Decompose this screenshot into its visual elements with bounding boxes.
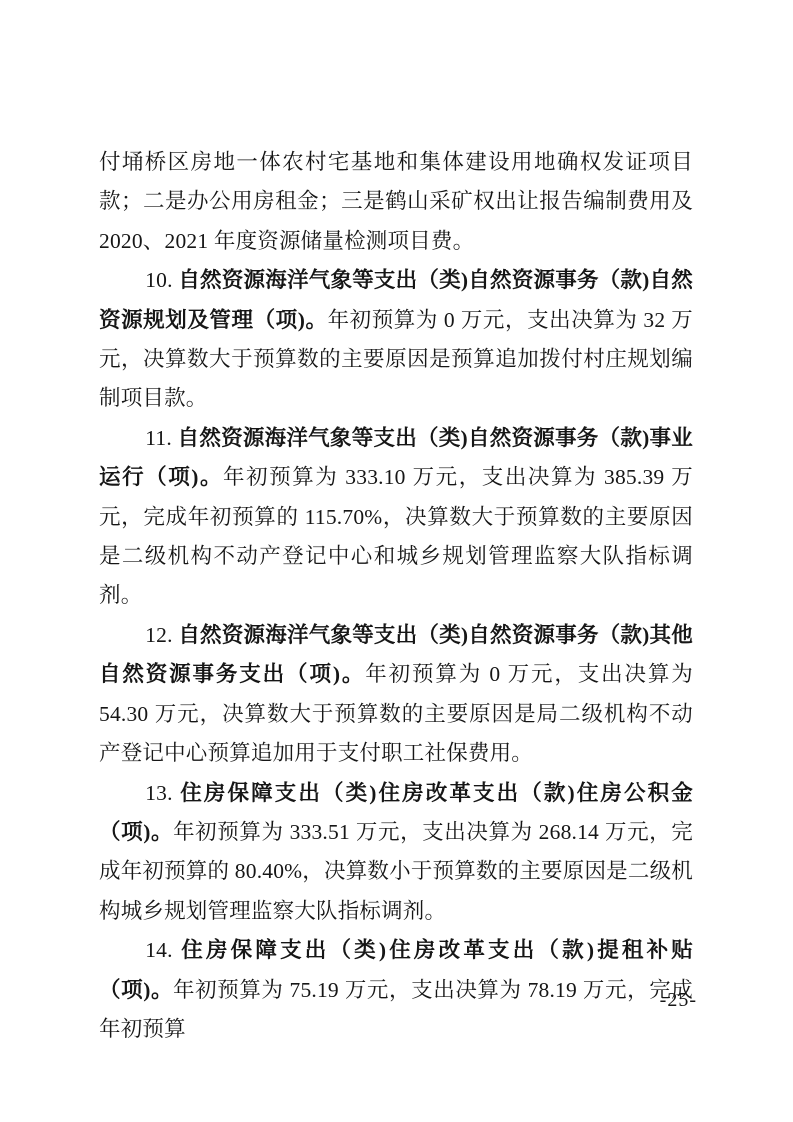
- paragraph-text-segment: 13.: [145, 781, 180, 805]
- paragraph-text-segment: 10.: [145, 268, 178, 292]
- paragraph-text-segment: 付埇桥区房地一体农村宅基地和集体建设用地确权发证项目款；二是办公用房租金；三是鹤…: [99, 150, 693, 253]
- paragraph: 13. 住房保障支出（类)住房改革支出（款)住房公积金（项)。年初预算为 333…: [99, 774, 693, 932]
- document-body: 付埇桥区房地一体农村宅基地和集体建设用地确权发证项目款；二是办公用房租金；三是鹤…: [99, 143, 693, 1049]
- paragraph: 12. 自然资源海洋气象等支出（类)自然资源事务（款)其他自然资源事务支出（项)…: [99, 616, 693, 774]
- paragraph: 14. 住房保障支出（类)住房改革支出（款)提租补贴（项)。年初预算为 75.1…: [99, 931, 693, 1049]
- paragraph-text-segment: 年初预算为 75.19 万元，支出决算为 78.19 万元，完成年初预算: [99, 978, 693, 1041]
- page-number: -25-: [660, 989, 697, 1012]
- paragraph-text-segment: 年初预算为 333.51 万元，支出决算为 268.14 万元，完成年初预算的 …: [99, 820, 693, 923]
- paragraph-text-segment: 14.: [145, 938, 181, 962]
- document-page: 付埇桥区房地一体农村宅基地和集体建设用地确权发证项目款；二是办公用房租金；三是鹤…: [0, 0, 793, 1122]
- paragraph: 付埇桥区房地一体农村宅基地和集体建设用地确权发证项目款；二是办公用房租金；三是鹤…: [99, 143, 693, 261]
- paragraph: 11. 自然资源海洋气象等支出（类)自然资源事务（款)事业运行（项)。年初预算为…: [99, 419, 693, 616]
- paragraph-text-segment: 12.: [145, 623, 178, 647]
- paragraph: 10. 自然资源海洋气象等支出（类)自然资源事务（款)自然资源规划及管理（项)。…: [99, 261, 693, 419]
- paragraph-text-segment: 11.: [145, 426, 177, 450]
